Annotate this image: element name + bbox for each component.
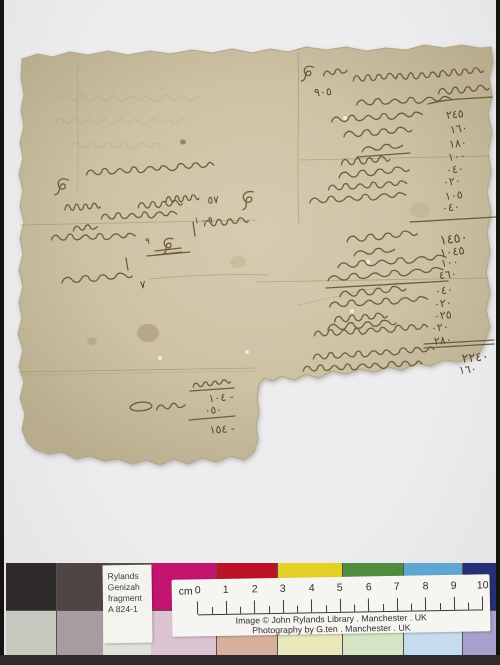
ruler-half-tick bbox=[297, 606, 298, 613]
label-line-type: fragment bbox=[108, 593, 152, 605]
ruler-tick bbox=[254, 600, 255, 613]
ledger-amount: ٠٢٠ bbox=[442, 174, 461, 189]
film-strip-bottom bbox=[0, 655, 500, 665]
ledger-amount: ٢٨٠ bbox=[433, 333, 452, 348]
ruler-half-tick bbox=[411, 604, 412, 611]
ruler-card: cm 0 1 2 3 4 5 6 7 8 9 10 Image © John bbox=[172, 574, 491, 637]
ruler-half-tick bbox=[212, 607, 213, 614]
ruler-tick-label: 7 bbox=[387, 581, 407, 593]
label-line-collection: Rylands bbox=[108, 571, 152, 583]
ruler-tick-label: 1 bbox=[216, 584, 236, 596]
ruler-half-tick bbox=[326, 605, 327, 612]
ruler-tick bbox=[340, 599, 341, 612]
ruler-tick-label: 5 bbox=[330, 582, 350, 594]
ruler-tick bbox=[397, 598, 398, 611]
ruler-tick bbox=[368, 598, 369, 611]
ledger-amount: ٤٦٠ bbox=[438, 267, 457, 282]
left-digit: ٥٧ bbox=[207, 194, 219, 207]
ruler-tick bbox=[425, 597, 426, 610]
ruler-tick-label: 4 bbox=[302, 582, 322, 594]
ruler-tick-label: 10 bbox=[473, 579, 493, 591]
label-line-shelfmark: A 824-1 bbox=[108, 604, 152, 616]
ruler-tick bbox=[283, 600, 284, 613]
reference-label-card: Rylands Genizah fragment A 824-1 bbox=[102, 565, 152, 644]
paper-sheet bbox=[18, 45, 493, 465]
sum-amount: ١٠٤ - bbox=[208, 390, 234, 405]
ruler-half-tick bbox=[440, 603, 441, 610]
color-patch-light-gray bbox=[6, 611, 56, 656]
film-edge-right bbox=[496, 0, 500, 665]
film-edge-left bbox=[0, 0, 4, 665]
ledger-amount: ٢٤٥ bbox=[445, 107, 464, 122]
ruler-half-tick bbox=[383, 604, 384, 611]
sum-amount: ١٥٤ - bbox=[209, 422, 235, 437]
ruler-half-tick bbox=[269, 606, 270, 613]
color-patch-dark-gray bbox=[57, 563, 108, 610]
header-amount: ٩٠٥ bbox=[314, 85, 333, 99]
ruler-tick bbox=[226, 601, 227, 614]
ruler-tick-label: 8 bbox=[416, 580, 436, 592]
ruler-tick bbox=[454, 597, 455, 610]
ledger-total: ١٦٠ bbox=[458, 362, 477, 377]
sum-amount: ٠٥٠ bbox=[204, 404, 222, 417]
manuscript-fragment: ٩٠٥ ٢٤٥ ١٦٠ ١٨٠ ١٠٠ ٠٤٠ ٠٢٠ ١٠٥ ٠٤٠ ١٤٥٠… bbox=[0, 0, 500, 560]
color-patch-gray-mauve bbox=[57, 611, 108, 656]
color-patch-black bbox=[6, 563, 56, 610]
photograph-stage: ٩٠٥ ٢٤٥ ١٦٠ ١٨٠ ١٠٠ ٠٤٠ ٠٢٠ ١٠٥ ٠٤٠ ١٤٥٠… bbox=[0, 0, 500, 665]
ledger-amount: ١٦٠ bbox=[449, 121, 468, 136]
ruler-tick-label: 2 bbox=[245, 583, 265, 595]
ruler-half-tick bbox=[354, 605, 355, 612]
left-digit: ٩ bbox=[145, 237, 150, 247]
ledger-amount: ٠٤٠ bbox=[441, 200, 460, 215]
ruler-tick bbox=[311, 599, 312, 612]
ruler-tick-label: 0 bbox=[188, 584, 208, 596]
left-digit: ٩ - ١ bbox=[194, 216, 213, 227]
ruler-half-tick bbox=[468, 603, 469, 610]
ruler-tick-label: 6 bbox=[359, 581, 379, 593]
ruler-tick-label: 3 bbox=[273, 583, 293, 595]
label-line-series: Genizah bbox=[108, 582, 152, 594]
ruler-half-tick bbox=[240, 607, 241, 614]
left-digit: ٧ bbox=[139, 278, 146, 291]
ruler-tick bbox=[197, 601, 198, 614]
ruler-tick-label: 9 bbox=[444, 580, 464, 592]
ruler-tick bbox=[482, 596, 483, 609]
